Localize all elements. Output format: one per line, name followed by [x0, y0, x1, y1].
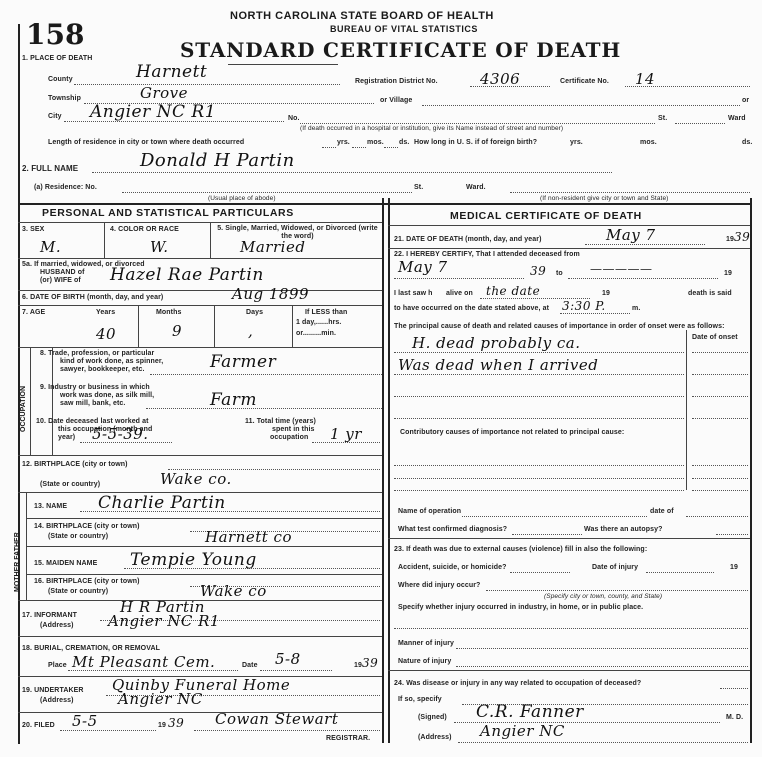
registrar-label: REGISTRAR.: [326, 735, 370, 742]
nature-label: Nature of injury: [398, 658, 451, 665]
filed-year: 39: [168, 716, 184, 730]
residence-ward-label: Ward.: [466, 184, 486, 191]
operation-date-label: date of: [650, 508, 674, 515]
county-label: County: [48, 76, 73, 83]
ward-line: [675, 123, 725, 124]
injury-date-label: Date of injury: [592, 564, 638, 571]
onset-divider: [686, 330, 687, 490]
father-birth-state-label: (State or country): [48, 533, 108, 540]
certify-label: 22. I HEREBY CERTIFY, That I attended de…: [394, 251, 580, 258]
injury-year-prefix: 19: [730, 564, 738, 571]
industry-value: Farm: [210, 390, 257, 410]
full-name-line: [92, 172, 612, 173]
birthplace-state-label: (State or country): [40, 481, 100, 488]
dod-label: 21. DATE OF DEATH (month, day, and year): [394, 236, 542, 243]
certificate-title: STANDARD CERTIFICATE OF DEATH: [180, 38, 621, 62]
row-divider-2: [18, 290, 382, 291]
industry-label-2: work was done, as silk mill,: [60, 392, 154, 399]
spouse-label-3: (or) WIFE of: [40, 277, 81, 284]
m-label: m.: [632, 305, 640, 312]
physician-address-line: [458, 742, 748, 743]
burial-date-label: Date: [242, 662, 258, 669]
last-saw-alive-label: alive on: [446, 290, 473, 297]
marital-value: Married: [240, 238, 305, 256]
right-border: [750, 198, 752, 743]
cause-1: H. dead probably ca.: [412, 334, 581, 352]
cause-line-3: [394, 396, 684, 397]
row-divider-3: [18, 305, 382, 306]
occupation-side-divider: [30, 347, 31, 455]
title-underline: [228, 64, 338, 65]
cause-line-4: [394, 418, 684, 419]
dod-value: May 7: [606, 226, 656, 244]
place-of-death-label: 1. PLACE OF DEATH: [22, 55, 92, 62]
undertaker-address: Angier NC: [118, 690, 203, 708]
age-divider-1: [138, 305, 139, 347]
registrar-signature: Cowan Stewart: [215, 710, 338, 728]
informant-address-label: (Address): [40, 622, 74, 629]
ds-label: ds.: [399, 139, 409, 146]
age-days-value: ,: [248, 322, 253, 340]
age-divider-3: [292, 305, 293, 347]
to-year-prefix: 19: [724, 270, 732, 277]
mother-name-value: Tempie Young: [130, 550, 257, 570]
sex-value: M.: [40, 238, 61, 256]
last-saw-label: I last saw h: [394, 290, 433, 297]
mos-line: [352, 147, 366, 148]
last-saw-year-prefix: 19: [602, 290, 610, 297]
where-label: Where did injury occur?: [398, 582, 480, 589]
personal-section-title: PERSONAL AND STATISTICAL PARTICULARS: [42, 207, 294, 219]
if-so-label: If so, specify: [398, 696, 442, 703]
manner-label: Manner of injury: [398, 640, 454, 647]
accident-line: [510, 572, 570, 573]
parents-side-label: MOTHER FATHER: [14, 532, 21, 592]
occurred-label: to have occurred on the date stated abov…: [394, 305, 549, 312]
foreign-mos: mos.: [640, 139, 657, 146]
to-label: to: [556, 270, 563, 277]
bureau-name: BUREAU OF VITAL STATISTICS: [330, 24, 478, 34]
contrib-line-2: [394, 478, 684, 479]
onset-line-4: [692, 418, 748, 419]
yrs-label: yrs.: [337, 139, 350, 146]
medical-section-title: MEDICAL CERTIFICATE OF DEATH: [450, 210, 642, 222]
trade-label-2: kind of work done, as spinner,: [60, 358, 163, 365]
abode-note: (Usual place of abode): [208, 195, 276, 202]
father-birth-value: Harnett co: [205, 528, 292, 546]
village-line: [422, 105, 740, 106]
dod-line: [585, 244, 705, 245]
ds-line: [384, 147, 398, 148]
certificate-no-value: 14: [635, 70, 655, 88]
board-name: NORTH CAROLINA STATE BOARD OF HEALTH: [230, 10, 494, 22]
cause-line-1: [394, 352, 684, 353]
diagnosis-line: [512, 534, 582, 535]
total-time-value: 1 yr: [330, 425, 362, 443]
sex-label: 3. SEX: [22, 226, 44, 233]
onset-line-3: [692, 396, 748, 397]
total-time-label-2: spent in this: [272, 426, 315, 433]
page-number: 158: [26, 18, 84, 51]
operation-line: [462, 516, 647, 517]
race-divider: [210, 222, 211, 258]
medical-divider-3: [388, 670, 750, 671]
time-value: 3:30 P.: [562, 299, 606, 313]
race-label: 4. COLOR OR RACE: [110, 226, 179, 233]
mother-birth-label: 16. BIRTHPLACE (city or town): [34, 578, 140, 585]
township-label: Township: [48, 95, 81, 102]
attended-from-line: [394, 278, 524, 279]
residence-label: (a) Residence: No.: [34, 184, 97, 191]
day-hrs-label: 1 day,......hrs.: [296, 319, 341, 326]
trade-label-3: sawyer, bookkeeper, etc.: [60, 366, 145, 373]
filed-label: 20. FILED: [22, 722, 55, 729]
nonresident-line: [510, 192, 750, 193]
spouse-label-2: HUSBAND of: [40, 269, 85, 276]
nonresident-note: (If non-resident give city or town and S…: [540, 195, 668, 202]
last-worked-label-1: 10. Date deceased last worked at: [36, 418, 149, 425]
age-label: 7. AGE: [22, 309, 45, 316]
last-worked-value: 5-5-39.: [92, 425, 149, 443]
nature-line: [456, 666, 748, 667]
dod-year: 39: [734, 230, 750, 244]
no-label: No.: [288, 115, 300, 122]
burial-place-value: Mt Pleasant Cem.: [72, 653, 215, 671]
undertaker-label: 19. UNDERTAKER: [22, 687, 84, 694]
mother-name-label: 15. MAIDEN NAME: [34, 560, 97, 567]
autopsy-line: [716, 534, 748, 535]
residence-line: [122, 192, 412, 193]
signed-label: (Signed): [418, 714, 447, 721]
personal-title-underline: [18, 222, 382, 223]
physician-signature: C.R. Fanner: [476, 702, 584, 722]
county-value: Harnett: [136, 62, 207, 82]
center-divider-2: [388, 198, 390, 743]
injury-date-line: [646, 572, 714, 573]
industry-label-3: saw mill, bank, etc.: [60, 400, 125, 407]
medical-divider-2: [388, 538, 750, 539]
mother-birth-value: Wake co: [200, 582, 267, 600]
total-time-label-1: 11. Total time (years): [245, 418, 316, 425]
foreign-yrs: yrs.: [570, 139, 583, 146]
row-divider-1: [18, 258, 382, 259]
operation-label: Name of operation: [398, 508, 461, 515]
section-divider: [18, 203, 752, 205]
father-birth-label: 14. BIRTHPLACE (city or town): [34, 523, 140, 530]
trade-line: [150, 374, 382, 375]
onset-label: Date of onset: [692, 334, 738, 341]
medical-title-underline: [388, 225, 750, 226]
filed-year-prefix: 19: [158, 722, 166, 729]
city-value: Angier NC R1: [90, 102, 216, 122]
birthplace-value: Wake co.: [160, 470, 232, 488]
reg-district-value: 4306: [480, 70, 520, 88]
manner-line: [456, 648, 748, 649]
where-note: (Specify city or town, county, and State…: [544, 593, 662, 600]
contributory-label: Contributory causes of importance not re…: [400, 428, 630, 437]
reg-district-label: Registration District No.: [355, 78, 438, 85]
burial-label: 18. BURIAL, CREMATION, OR REMOVAL: [22, 645, 160, 652]
cause-intro: The principal cause of death and related…: [394, 322, 750, 331]
burial-date-value: 5-8: [275, 650, 301, 668]
occupation-related-line: [720, 688, 748, 689]
diagnosis-label: What test confirmed diagnosis?: [398, 526, 507, 533]
contrib-onset-2: [692, 478, 748, 479]
informant-address: Angier NC R1: [108, 612, 220, 630]
years-label: Years: [96, 309, 115, 316]
foreign-ds: ds.: [742, 139, 752, 146]
cause-line-2: [394, 374, 684, 375]
row-divider-7: [26, 518, 382, 519]
age-years-value: 40: [96, 325, 116, 343]
village-label: or Village: [380, 97, 412, 104]
cause-2: Was dead when I arrived: [398, 356, 598, 374]
center-divider: [382, 198, 384, 743]
operation-date-line: [686, 516, 748, 517]
filed-date-line: [60, 730, 156, 731]
filed-date: 5-5: [72, 712, 98, 730]
onset-line-1: [692, 352, 748, 353]
father-name-label: 13. NAME: [34, 503, 67, 510]
trade-label-1: 8. Trade, profession, or particular: [40, 350, 154, 357]
father-name-value: Charlie Partin: [98, 493, 226, 513]
row-divider-8: [26, 546, 382, 547]
contrib-onset-1: [692, 465, 748, 466]
occupation-related-label: 24. Was disease or injury in any way rel…: [394, 680, 641, 687]
medical-divider-1: [388, 248, 750, 249]
autopsy-label: Was there an autopsy?: [584, 526, 662, 533]
no-line: [300, 123, 655, 124]
industry-line: [146, 408, 382, 409]
undertaker-address-label: (Address): [40, 697, 74, 704]
burial-year-prefix: 19: [354, 662, 362, 669]
county-line: [74, 84, 340, 85]
foreign-birth-label: How long in U. S. if of foreign birth?: [414, 139, 537, 146]
sex-divider: [104, 222, 105, 258]
less-than-label: If LESS than: [305, 309, 347, 316]
death-said-label: death is said: [688, 290, 732, 297]
mos-label: mos.: [367, 139, 384, 146]
birthplace-label: 12. BIRTHPLACE (city or town): [22, 461, 128, 468]
specify-place-line: [394, 628, 748, 629]
physician-address-label: (Address): [418, 734, 452, 741]
death-certificate: 158 NORTH CAROLINA STATE BOARD OF HEALTH…: [0, 0, 762, 757]
total-time-label-3: occupation: [270, 434, 308, 441]
yrs-line: [322, 147, 336, 148]
race-value: W.: [150, 238, 169, 256]
external-label: 23. If death was due to external causes …: [394, 546, 647, 553]
hospital-note: (If death occurred in a hospital or inst…: [300, 125, 563, 132]
registrar-line: [194, 730, 380, 731]
or-min-label: or.........min.: [296, 330, 336, 337]
full-name-label: 2. FULL NAME: [22, 164, 78, 173]
last-saw-value: the date: [486, 284, 540, 298]
dod-year-prefix: 19: [726, 236, 734, 243]
attended-from-value: May 7: [398, 258, 448, 276]
mother-birth-state-label: (State or country): [48, 588, 108, 595]
ward-label: Ward: [728, 115, 746, 122]
full-name-value: Donald H Partin: [140, 150, 295, 171]
trade-value: Farmer: [210, 352, 276, 372]
attended-to-line: [568, 278, 718, 279]
onset-line-2: [692, 374, 748, 375]
specify-place-label: Specify whether injury occurred in indus…: [398, 604, 643, 611]
city-label: City: [48, 113, 62, 120]
residence-st-label: St.: [414, 184, 423, 191]
contrib-line-1: [394, 465, 684, 466]
occupation-num-divider: [52, 347, 53, 455]
township-value: Grove: [140, 84, 188, 102]
dob-label: 6. DATE OF BIRTH (month, day, and year): [22, 294, 163, 301]
md-label: M. D.: [726, 714, 743, 721]
attended-to-value: —————: [590, 262, 653, 276]
occupation-side-label: OCCUPATION: [20, 386, 27, 432]
last-worked-label-3: year): [58, 434, 75, 441]
certificate-no-label: Certificate No.: [560, 78, 609, 85]
months-label: Months: [156, 309, 181, 316]
age-months-value: 9: [172, 322, 182, 340]
where-line: [486, 590, 748, 591]
row-divider-11: [18, 636, 382, 637]
days-label: Days: [246, 309, 263, 316]
industry-label-1: 9. Industry or business in which: [40, 384, 150, 391]
row-divider-9: [26, 574, 382, 575]
residence-length-label: Length of residence in city or town wher…: [48, 139, 244, 146]
row-divider-4: [18, 347, 382, 348]
informant-label: 17. INFORMANT: [22, 612, 77, 619]
accident-label: Accident, suicide, or homicide?: [398, 564, 507, 571]
burial-date-line: [260, 670, 332, 671]
contrib-onset-3: [692, 490, 748, 491]
or-label: or: [742, 97, 749, 104]
st-label: St.: [658, 115, 667, 122]
burial-place-label: Place: [48, 662, 67, 669]
age-divider-2: [214, 305, 215, 347]
spouse-value: Hazel Rae Partin: [110, 265, 264, 285]
dob-value: Aug 1899: [232, 285, 309, 303]
contrib-line-3: [394, 490, 684, 491]
burial-year-value: 39: [362, 656, 378, 670]
time-line: [560, 313, 630, 314]
physician-address: Angier NC: [480, 722, 565, 740]
attended-from-year: 39: [530, 264, 546, 278]
row-divider-5: [18, 455, 382, 456]
